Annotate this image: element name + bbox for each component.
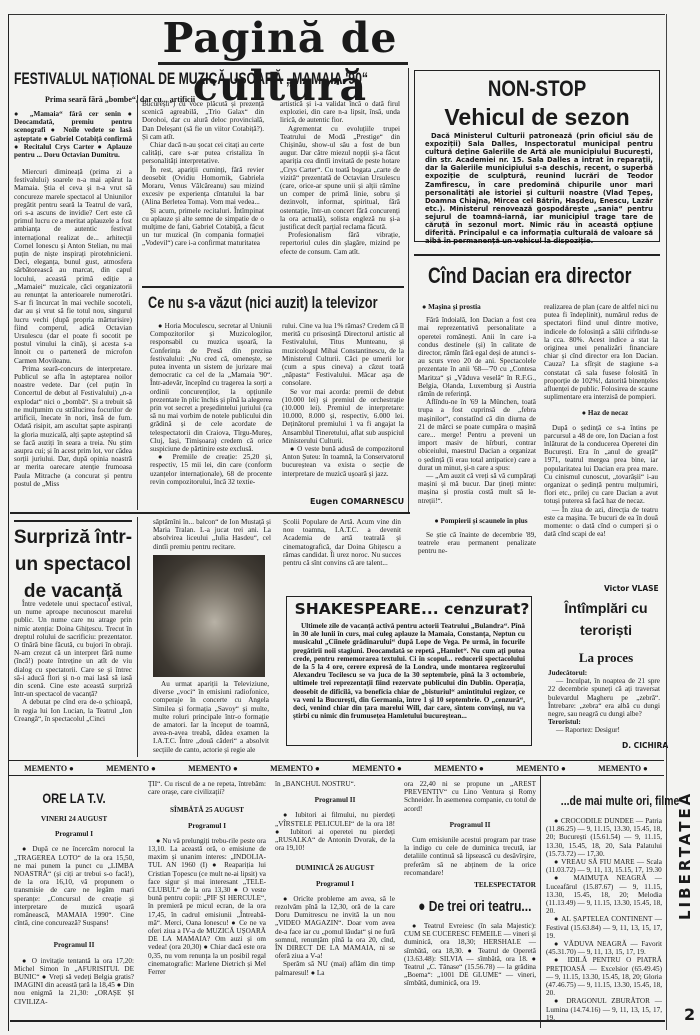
festival-summary: ● „Mamaia“ fără cer senin ● Deocamdată, … — [14, 110, 132, 159]
shakespeare-headline: SHAKESPEARE... cenzurat? — [292, 600, 532, 618]
column-divider — [408, 68, 409, 513]
portrait-photo — [153, 555, 265, 677]
memento-item: MEMENTO ● — [270, 764, 320, 773]
tv-article-col1: ● Horia Moculescu, secretar al Uniunii C… — [150, 322, 272, 486]
column-divider — [137, 95, 138, 510]
film-item: ● VĂDUVA NEAGRĂ — Favorit (45.31.70) — 9… — [546, 940, 662, 956]
film-item: ● AL ȘAPTELEA CONTINENT — Festival (15.6… — [546, 915, 662, 940]
memento-item: MEMENTO ● — [352, 764, 402, 773]
teroristi-headline: Întîmplări cu teroriști — [558, 597, 654, 641]
film-item: ● CROCODILE DUNDEE — Patria (11.86.25) —… — [546, 817, 662, 858]
column-divider — [137, 517, 138, 757]
column-divider — [540, 776, 541, 1028]
page-number: 2 — [684, 1005, 695, 1024]
memento-item: MEMENTO ● — [106, 764, 156, 773]
section-rule — [414, 254, 660, 256]
memento-item: MEMENTO ● — [24, 764, 74, 773]
tv-article-headline: Ce nu s-a văzut (nici auzit) la televizo… — [148, 293, 378, 313]
tv-guide-col4: ora 22,40 ni se propune un „AREST PREVEN… — [404, 780, 536, 889]
teroristi-body: Judecătorul: — Inculpat, în noaptea de 2… — [548, 669, 660, 735]
teatru-headline: ● De trei ori teatru... — [418, 898, 531, 915]
surpriza-col3: Școlii Populare de Artă. Acum vine din n… — [283, 518, 401, 567]
page-frame-right — [666, 14, 667, 1030]
title-underline — [158, 62, 408, 65]
dacian-headline: Cînd Dacian era director — [428, 263, 631, 289]
tv-article-col2: rului. Cine va lua 1% rămas? Credem că î… — [282, 322, 404, 478]
surpriza-col1: Între vedetele unui spectacol estival, u… — [14, 600, 132, 723]
surpriza-col2: săptămîni în... balcon“ de Ion Mustață ș… — [153, 518, 271, 551]
nonstop-kicker: NON-STOP — [432, 76, 641, 102]
film-item: ● IDILĂ PENTRU O PIATRĂ PREȚIOASĂ — Exce… — [546, 956, 662, 997]
nonstop-body: Dacă Ministerul Culturii patronează (pri… — [425, 132, 653, 245]
festival-headline: FESTIVALUL NAȚIONAL DE MUZICĂ UȘOARĂ „MA… — [14, 69, 368, 89]
tv-article-author: Eugen COMARNESCU — [310, 497, 404, 506]
memento-band: MEMENTO ● MEMENTO ● MEMENTO ● MEMENTO ● … — [8, 760, 664, 776]
filme-list: ● CROCODILE DUNDEE — Patria (11.86.25) —… — [546, 817, 662, 1022]
tv-guide-col3: în „BANCHUL NOSTRU“. Programul II ● Iubi… — [275, 780, 395, 977]
memento-item: MEMENTO ● — [188, 764, 238, 773]
tv-guide-col2: ȚII“. Cu riscul de a ne repeta, întrebăm… — [148, 780, 266, 976]
tv-guide-headline: ORE LA T.V. — [26, 790, 122, 806]
festival-text-col3: artistică și i-a validat încă o dată fir… — [280, 100, 400, 256]
section-rule — [142, 286, 404, 288]
nonstop-headline: Vehicul de sezon — [414, 104, 660, 131]
film-item: ● DRAGONUL ZBURĂTOR — Lumina (14.74.16) … — [546, 997, 662, 1022]
surpriza-headline: Surpriză într-un spectacol de vacanță — [10, 524, 136, 605]
section-rule — [10, 512, 410, 514]
newspaper-name: LIBERTATEA — [676, 791, 694, 920]
teatru-body: ● Teatrul Evreiesc (în sala Majestic): C… — [404, 922, 536, 988]
film-item: ● MAIMUȚA NEAGRĂ — Luceafărul (15.87.67)… — [546, 874, 662, 915]
memento-item: MEMENTO ● — [598, 764, 648, 773]
teroristi-author: D. CICHIRA — [622, 741, 668, 750]
film-item: ● VREAU SĂ FIU MARE — Scala (11.03.72) —… — [546, 858, 662, 874]
dacian-author: Victor VLASE — [604, 584, 659, 593]
bottom-rule — [10, 1020, 665, 1022]
teroristi-subhead: La proces — [556, 650, 656, 666]
festival-text-col1: Miercuri dimineață (prima zi a festivalu… — [14, 168, 132, 488]
shakespeare-body: Ultimele zile de vacanță activă pentru a… — [293, 622, 525, 720]
section-rule — [14, 520, 132, 522]
filme-headline: ...de mai multe ori, filme — [561, 793, 679, 808]
tv-guide-col1: VINERI 24 AUGUST Programul I ● După ce n… — [14, 815, 134, 1006]
dacian-col1: ● Mașina și prostia Fără îndoială, Ion D… — [418, 303, 536, 556]
surpriza-col2b: Au urmat apariții la Televiziune, divers… — [153, 680, 269, 754]
dacian-col2: realizarea de plan (care de altfel nici … — [544, 303, 658, 538]
memento-item: MEMENTO ● — [516, 764, 566, 773]
festival-text-col2: București“) cu voce plăcută și prezență … — [142, 100, 264, 248]
memento-item: MEMENTO ● — [434, 764, 484, 773]
